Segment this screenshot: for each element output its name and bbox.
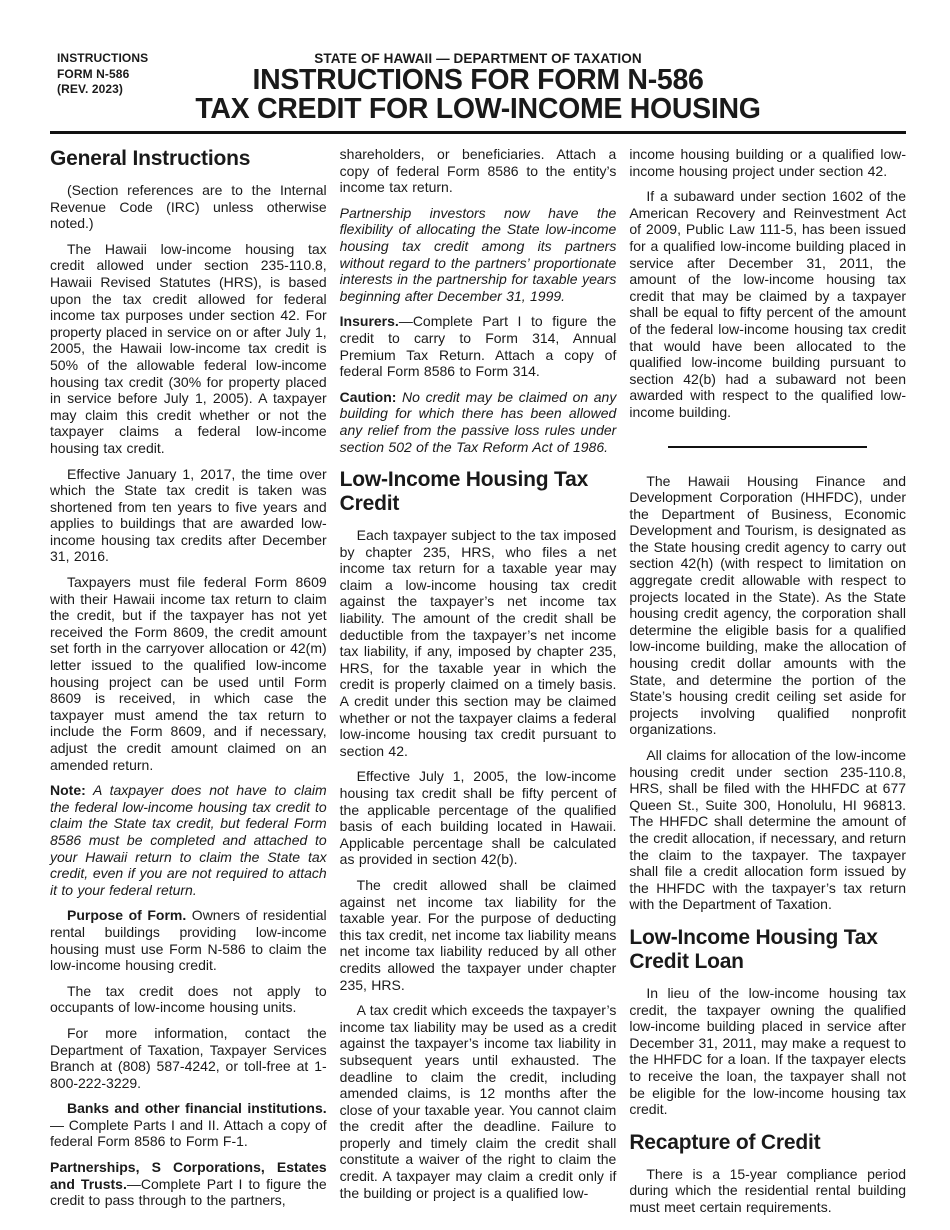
paragraph: The Hawaii low-income housing tax credit… xyxy=(50,241,327,457)
three-column-body: General Instructions(Section references … xyxy=(50,146,906,1224)
paragraph-text: income housing building or a qualified l… xyxy=(629,146,906,179)
section-heading: Recapture of Credit xyxy=(629,1131,906,1155)
paragraph-text: For more information, contact the Depart… xyxy=(50,1025,327,1091)
paragraph: income housing building or a qualified l… xyxy=(629,146,906,179)
paragraph-text: A taxpayer does not have to claim the fe… xyxy=(50,782,327,898)
paragraph: Effective January 1, 2017, the time over… xyxy=(50,466,327,566)
paragraph: Taxpayers must file federal Form 8609 wi… xyxy=(50,574,327,773)
paragraph-lead-in: Purpose of Form. xyxy=(67,907,186,923)
paragraph-text: A tax credit which exceeds the taxpayer’… xyxy=(340,1002,617,1201)
paragraph-text: The credit allowed shall be claimed agai… xyxy=(340,877,617,993)
paragraph-text: In lieu of the low-income housing tax cr… xyxy=(629,985,906,1117)
section-divider-rule xyxy=(668,446,867,448)
paragraph: There is a 15-year compliance period dur… xyxy=(629,1166,906,1216)
paragraph-text: Each taxpayer subject to the tax imposed… xyxy=(340,527,617,759)
document-title-line2: TAX CREDIT FOR LOW-INCOME HOUSING xyxy=(50,95,906,124)
paragraph: Each taxpayer subject to the tax imposed… xyxy=(340,527,617,759)
paragraph-text: Partnership investors now have the flexi… xyxy=(340,205,617,304)
paragraph-text: If a subaward under section 1602 of the … xyxy=(629,188,906,420)
paragraph: Note: A taxpayer does not have to claim … xyxy=(50,782,327,898)
paragraph-text: Taxpayers must file federal Form 8609 wi… xyxy=(50,574,327,773)
paragraph: A tax credit which exceeds the taxpayer’… xyxy=(340,1002,617,1201)
paragraph: If a subaward under section 1602 of the … xyxy=(629,188,906,420)
column-3: income housing building or a qualified l… xyxy=(629,146,906,1224)
paragraph-text: — Complete Parts I and II. Attach a copy… xyxy=(50,1117,327,1150)
paragraph-text: There is a 15-year compliance period dur… xyxy=(629,1166,906,1215)
paragraph: Banks and other financial institutions. … xyxy=(50,1100,327,1150)
section-heading: General Instructions xyxy=(50,147,327,171)
paragraph: The tax credit does not apply to occupan… xyxy=(50,983,327,1016)
paragraph: Partnership investors now have the flexi… xyxy=(340,205,617,305)
section-heading: Low-Income Housing Tax Credit xyxy=(340,468,617,516)
paragraph-lead-in: Caution: xyxy=(340,389,397,405)
paragraph-text: All claims for allocation of the low-inc… xyxy=(629,747,906,912)
paragraph: The credit allowed shall be claimed agai… xyxy=(340,877,617,993)
paragraph-text: Effective January 1, 2017, the time over… xyxy=(50,466,327,565)
paragraph: Purpose of Form. Owners of residential r… xyxy=(50,907,327,973)
paragraph-text: The Hawaii low-income housing tax credit… xyxy=(50,241,327,456)
paragraph-text: shareholders, or beneficiaries. Attach a… xyxy=(340,146,617,195)
paragraph: All claims for allocation of the low-inc… xyxy=(629,747,906,913)
paragraph: Partnerships, S Corporations, Estates an… xyxy=(50,1159,327,1209)
paragraph: shareholders, or beneficiaries. Attach a… xyxy=(340,146,617,196)
document-page: INSTRUCTIONS FORM N-586 (REV. 2023) STAT… xyxy=(0,0,950,1230)
paragraph: For more information, contact the Depart… xyxy=(50,1025,327,1091)
paragraph-lead-in: Note: xyxy=(50,782,86,798)
paragraph: In lieu of the low-income housing tax cr… xyxy=(629,985,906,1118)
paragraph-lead-in: Insurers. xyxy=(340,313,399,329)
form-id-block: INSTRUCTIONS FORM N-586 (REV. 2023) xyxy=(57,51,148,98)
document-header: INSTRUCTIONS FORM N-586 (REV. 2023) STAT… xyxy=(50,50,906,124)
column-1: General Instructions(Section references … xyxy=(50,146,327,1224)
section-heading: Low-Income Housing Tax Credit Loan xyxy=(629,926,906,974)
paragraph-text: The Hawaii Housing Finance and Developme… xyxy=(629,473,906,738)
column-2: shareholders, or beneficiaries. Attach a… xyxy=(340,146,617,1224)
paragraph: Effective July 1, 2005, the low-income h… xyxy=(340,768,617,868)
paragraph: Caution: No credit may be claimed on any… xyxy=(340,389,617,455)
paragraph-text: Effective July 1, 2005, the low-income h… xyxy=(340,768,617,867)
paragraph-text: (Section references are to the Internal … xyxy=(50,182,327,231)
document-title-line1: INSTRUCTIONS FOR FORM N-586 xyxy=(50,66,906,95)
paragraph: The Hawaii Housing Finance and Developme… xyxy=(629,473,906,739)
title-divider-rule xyxy=(50,131,906,134)
paragraph: Insurers.—Complete Part I to figure the … xyxy=(340,313,617,379)
paragraph-text: The tax credit does not apply to occupan… xyxy=(50,983,327,1016)
paragraph: (Section references are to the Internal … xyxy=(50,182,327,232)
paragraph-lead-in: Banks and other financial institutions. xyxy=(67,1100,327,1116)
header-title-group: STATE OF HAWAII — DEPARTMENT OF TAXATION… xyxy=(50,50,906,124)
